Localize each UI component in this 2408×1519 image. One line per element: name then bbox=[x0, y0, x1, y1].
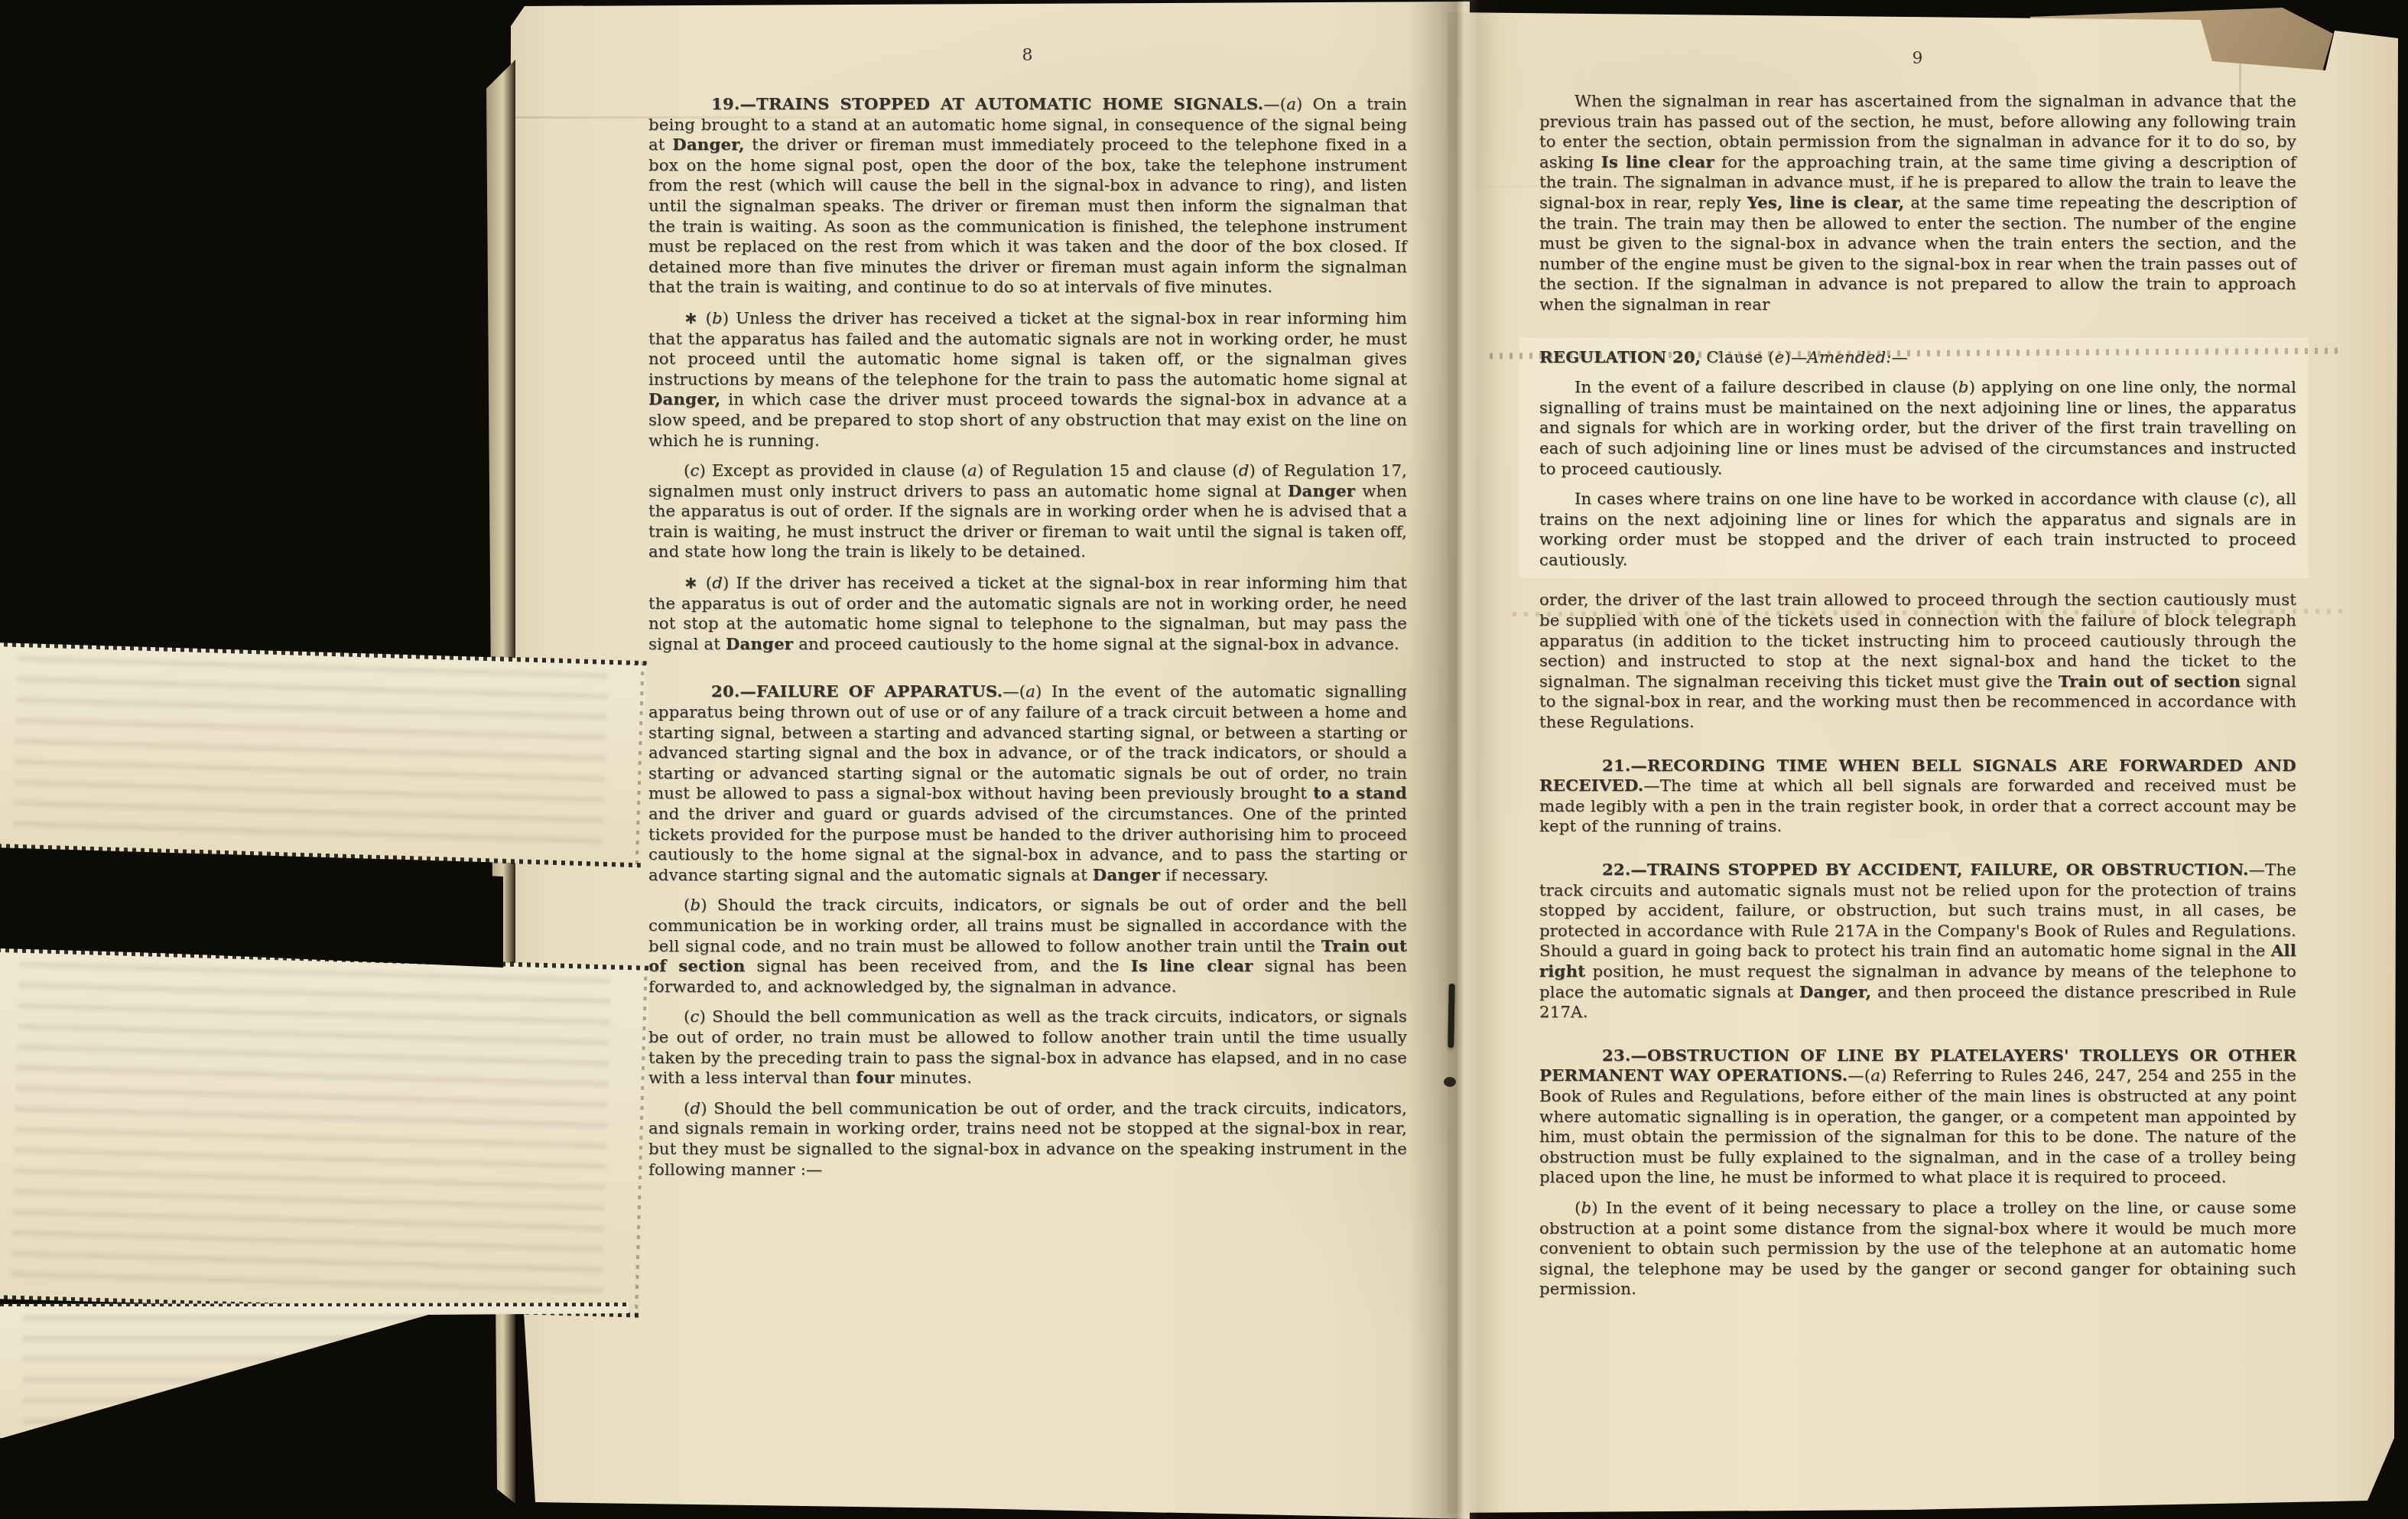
left-page: 8 19.—TRAINS STOPPED AT AUTOMATIC HOME S… bbox=[505, 0, 1470, 1519]
regulation-20-paragraph-c: (c) Should the bell communication as wel… bbox=[648, 1007, 1407, 1088]
regulation-20-paragraph-b: (b) Should the track circuits, indicator… bbox=[648, 896, 1407, 997]
regulation-23-paragraph-a: 23.—OBSTRUCTION OF LINE BY PLATELAYERS' … bbox=[1539, 1046, 2296, 1189]
ghost-text bbox=[11, 961, 612, 1303]
right-page-text-column: When the signalman in rear has ascertain… bbox=[1539, 0, 2296, 1300]
amendment-paragraph-1: In the event of a failure described in c… bbox=[1539, 378, 2296, 480]
regulation-19-paragraph-c: (c) Except as provided in clause (a) of … bbox=[648, 461, 1407, 563]
regulation-22-paragraph: 22.—TRAINS STOPPED BY ACCIDENT, FAILURE,… bbox=[1539, 860, 2296, 1023]
booklet-photo: 8 19.—TRAINS STOPPED AT AUTOMATIC HOME S… bbox=[0, 0, 2408, 1519]
regulation-19-paragraph-a: 19.—TRAINS STOPPED AT AUTOMATIC HOME SIG… bbox=[648, 95, 1407, 298]
left-page-text-column: 19.—TRAINS STOPPED AT AUTOMATIC HOME SIG… bbox=[648, 0, 1407, 1180]
regulation-23-paragraph-b: (b) In the event of it being necessary t… bbox=[1539, 1199, 2296, 1300]
regulation-21-paragraph: 21.—RECORDING TIME WHEN BELL SIGNALS ARE… bbox=[1539, 756, 2296, 838]
paper-strip-top bbox=[0, 642, 647, 867]
amendment-paragraph-2: In cases where trains on one line have t… bbox=[1539, 490, 2296, 571]
paper-strip-middle bbox=[0, 948, 650, 1317]
regulation-20-paragraph-a: 20.—FAILURE OF APPARATUS.—(a) In the eve… bbox=[648, 682, 1407, 886]
continuation-paragraph: When the signalman in rear has ascertain… bbox=[1539, 92, 2296, 316]
staple-mark bbox=[1444, 1077, 1456, 1087]
ghost-text bbox=[13, 655, 609, 854]
staple bbox=[1448, 984, 1454, 1048]
regulation-20-paragraph-d: (d) Should the bell communication be out… bbox=[648, 1099, 1407, 1180]
regulation-19-paragraph-d: ∗ (d) If the driver has received a ticke… bbox=[648, 573, 1407, 655]
amendment-slip: REGULATION 20, Clause (e)—Amended:— In t… bbox=[1539, 348, 2296, 571]
right-page: 9 When the signalman in rear has ascerta… bbox=[1448, 0, 2401, 1519]
regulation-19-paragraph-b: ∗ (b) Unless the driver has received a t… bbox=[648, 308, 1407, 451]
